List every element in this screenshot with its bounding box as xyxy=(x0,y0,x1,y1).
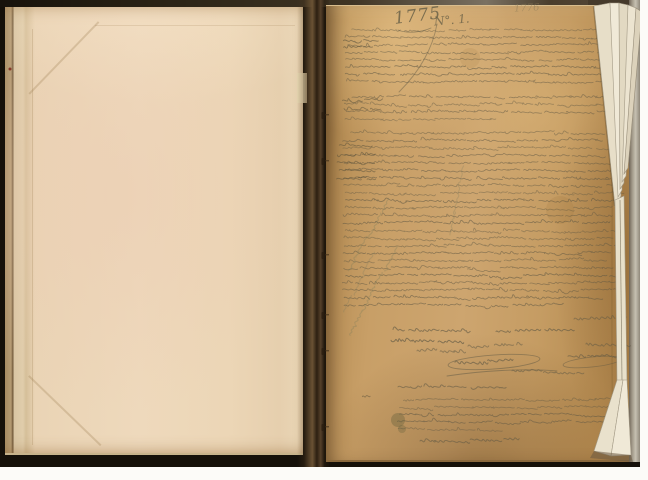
torn-page-edges-fan xyxy=(590,3,642,462)
signature-2 xyxy=(391,338,464,343)
margin-note-1 xyxy=(344,40,379,49)
signature-8-flourished xyxy=(455,359,513,365)
final-priest-signature xyxy=(420,438,519,444)
entry-3-continued xyxy=(342,228,622,309)
priest-subscription xyxy=(398,384,506,390)
signature-3 xyxy=(417,348,466,353)
entry-1 xyxy=(345,27,622,83)
signature-5 xyxy=(496,329,574,333)
entry-2 xyxy=(344,95,617,121)
margin-mark xyxy=(362,396,370,397)
margin-notes xyxy=(337,40,383,398)
entry-3 xyxy=(343,130,625,225)
closing-paragraph xyxy=(398,398,618,432)
page-stains xyxy=(9,48,575,433)
signature-4 xyxy=(468,342,522,348)
scan-margin-right xyxy=(640,0,648,480)
scan-margin-bottom xyxy=(0,467,648,480)
binding-stitches xyxy=(322,112,330,431)
generated-ink xyxy=(9,22,631,443)
main-text-blocks xyxy=(342,27,625,431)
handwriting-layer xyxy=(0,0,648,480)
signature-1 xyxy=(393,327,470,333)
green-ink-scrawls xyxy=(343,166,465,337)
signatures xyxy=(391,315,630,443)
year-1776-label: 1776 xyxy=(514,2,540,14)
manuscript-scan: 1775 N°. 1. 1776 xyxy=(0,0,648,480)
